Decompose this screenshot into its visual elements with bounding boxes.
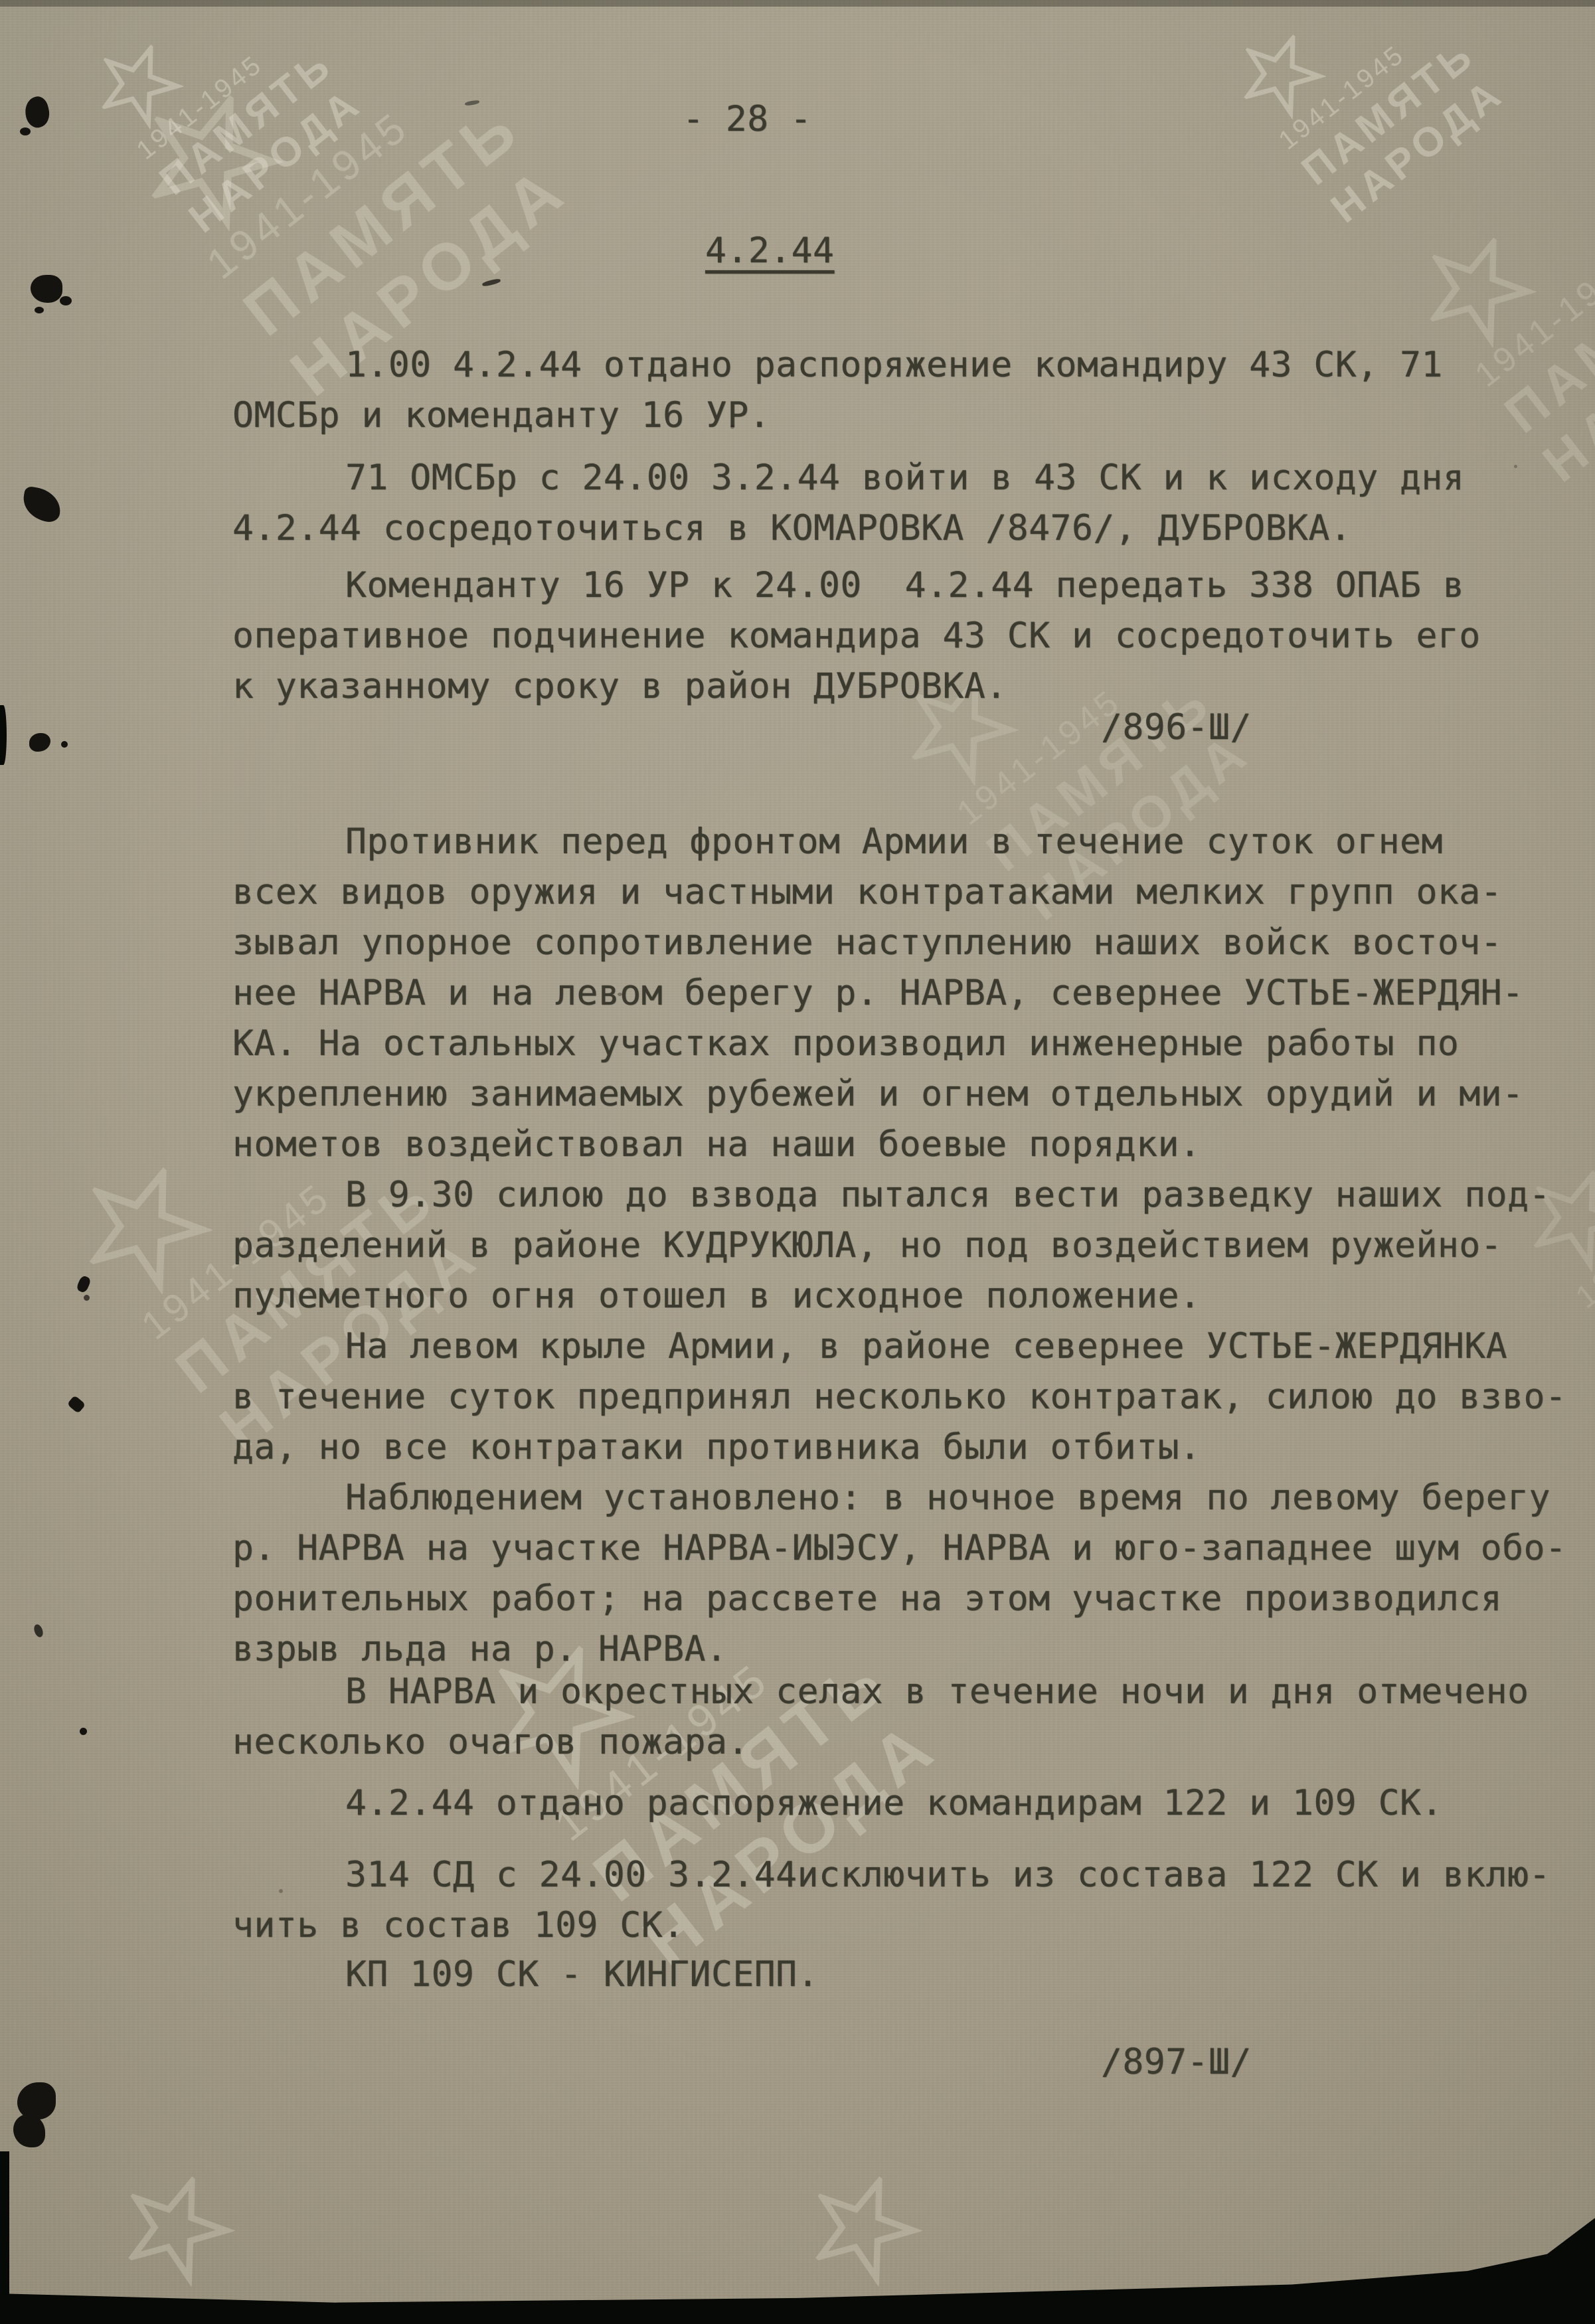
ink-blot — [80, 1728, 87, 1735]
watermark-cluster — [100, 2218, 179, 2297]
watermark-word: ПАМЯТЬ — [1294, 33, 1483, 194]
text-line: Противник перед фронтом Армии в течение … — [232, 817, 1524, 867]
watermark-cluster: 1941-1945 ПАМЯТЬ НАРОДА — [116, 146, 322, 355]
text-line: несколько очагов пожара. — [232, 1717, 1529, 1768]
watermark-years: 1941-1945 — [1468, 244, 1595, 395]
watermark-years: 1941-1945 — [199, 103, 418, 290]
watermark-cluster: 1941-1945 ПАМЯТЬ НАРОДА — [80, 76, 286, 286]
paragraph: Наблюдением установлено: в ночное время … — [232, 1473, 1566, 1675]
hole-punch-mark — [31, 275, 62, 303]
text-line: р. НАРВА на участке НАРВА-ИЫЭСУ, НАРВА и… — [232, 1523, 1566, 1574]
dust-speck — [279, 1889, 283, 1893]
page-number: - 28 - — [683, 94, 811, 145]
paragraph: На левом крыле Армии, в районе севернее … — [232, 1321, 1566, 1473]
text-line: 4.2.44 отдано распоряжение командирам 12… — [232, 1778, 1443, 1829]
paragraph: 1.00 4.2.44 отдано распоряжение командир… — [232, 340, 1443, 441]
text-line: Наблюдением установлено: в ночное время … — [232, 1473, 1566, 1523]
text-line: к указанному сроку в район ДУБРОВКА. — [232, 661, 1481, 712]
text-line: КА. На остальных участках производил инж… — [232, 1019, 1524, 1069]
text-line: да, но все контратаки противника были от… — [232, 1422, 1566, 1473]
text-line: пулеметного огня отошел в исходное полож… — [232, 1271, 1551, 1321]
watermark-years: 1941-1945 — [1274, 39, 1411, 155]
text-line: всех видов оружия и частными контратакам… — [232, 867, 1524, 918]
scanned-document-page: 1941-1945 ПАМЯТЬ НАРОДА 1941-1945 ПАМЯТЬ… — [0, 0, 1595, 2324]
paragraph: КП 109 СК - КИНГИСЕПП. — [232, 1950, 819, 2000]
text-line: укреплению занимаемых рубежей и огнем от… — [232, 1069, 1524, 1120]
paragraph: Коменданту 16 УР к 24.00 4.2.44 передать… — [232, 560, 1481, 712]
text-line: В 9.30 силою до взвода пытался вести раз… — [232, 1170, 1551, 1220]
dust-speck — [1514, 465, 1517, 468]
ink-blot — [84, 1295, 90, 1301]
ink-blot — [61, 741, 68, 748]
text-line: На левом крыле Армии, в районе севернее … — [232, 1321, 1566, 1372]
text-line: ОМСБр и коменданту 16 УР. — [232, 390, 1443, 441]
text-line: ронительных работ; на рассвете на этом у… — [232, 1574, 1566, 1624]
paragraph: 314 СД с 24.00 3.2.44исключить из состав… — [232, 1850, 1551, 1951]
memorial-star-icon — [80, 27, 191, 139]
text-line: 314 СД с 24.00 3.2.44исключить из состав… — [232, 1850, 1551, 1900]
memorial-star-icon — [1401, 215, 1547, 361]
watermark-word: НАРОДА — [1533, 284, 1595, 493]
watermark-cluster — [787, 2218, 867, 2297]
dust-speck — [730, 425, 734, 429]
memorial-star-icon — [787, 2154, 932, 2299]
text-line: оперативное подчинение командира 43 СК и… — [232, 611, 1481, 661]
ink-blot — [60, 296, 72, 305]
memorial-star-icon — [100, 2154, 245, 2299]
text-line: разделений в районе КУДРУКЮЛА, но под во… — [232, 1220, 1551, 1271]
ink-blot — [67, 1395, 86, 1414]
text-line: зывал упорное сопротивление наступлению … — [232, 918, 1524, 968]
watermark-cluster: 1941-1945 ПАМЯТЬ НАРОДА — [56, 1215, 262, 1424]
watermark-word: ПАМЯТЬ — [152, 42, 341, 204]
hole-punch-mark — [17, 2082, 56, 2119]
paragraph: В 9.30 силою до взвода пытался вести раз… — [232, 1170, 1551, 1321]
ink-blot — [29, 733, 50, 752]
text-line: нее НАРВА и на левом берегу р. НАРВА, се… — [232, 968, 1524, 1019]
ink-blot — [76, 1275, 92, 1293]
order-reference: /897-Ш/ — [1101, 2037, 1252, 2088]
watermark-word: НАРОДА — [181, 80, 370, 241]
hole-punch-mark — [20, 485, 63, 523]
scan-background-bottom — [0, 2211, 1595, 2324]
text-line: нометов воздействовал на наши боевые пор… — [232, 1120, 1524, 1170]
paragraph: Противник перед фронтом Армии в течение … — [232, 817, 1524, 1170]
text-line: КП 109 СК - КИНГИСЕПП. — [232, 1950, 819, 2000]
pencil-mark — [482, 278, 501, 288]
watermark-word: ПАМЯТЬ — [1495, 234, 1595, 444]
text-line: 4.2.44 сосредоточиться в КОМАРОВКА /8476… — [232, 503, 1464, 554]
watermark-cluster: 1941-1945 ПАМЯТЬ НАРОДА — [1222, 66, 1428, 276]
text-line: 71 ОМСБр с 24.00 3.2.44 войти в 43 СК и … — [232, 453, 1464, 503]
text-line: 1.00 4.2.44 отдано распоряжение командир… — [232, 340, 1443, 390]
text-line: В НАРВА и окрестных селах в течение ночи… — [232, 1667, 1529, 1717]
pencil-mark — [465, 100, 480, 106]
scan-top-edge-shadow — [0, 0, 1595, 7]
watermark-years: 1941-1945 — [131, 49, 269, 165]
paragraph: 4.2.44 отдано распоряжение командирам 12… — [232, 1778, 1443, 1829]
watermark-word: НАРОДА — [1323, 70, 1512, 231]
paragraph: В НАРВА и окрестных селах в течение ночи… — [232, 1667, 1529, 1768]
watermark-word: ПАМЯТЬ — [232, 92, 535, 350]
dust-speck — [618, 993, 622, 996]
date-heading: 4.2.44 — [705, 226, 834, 276]
watermark-years: 1941-1945 — [1569, 1176, 1595, 1315]
scan-left-edge — [0, 705, 7, 765]
memorial-star-icon — [1222, 17, 1333, 129]
text-line: в течение суток предпринял несколько кон… — [232, 1372, 1566, 1422]
ink-blot — [33, 1623, 44, 1639]
text-line: Коменданту 16 УР к 24.00 4.2.44 передать… — [232, 560, 1481, 611]
ink-blot — [20, 127, 31, 135]
text-line: чить в состав 109 СК. — [232, 1900, 1551, 1951]
ink-blot — [22, 94, 53, 130]
ink-blot — [35, 307, 44, 313]
paragraph: 71 ОМСБр с 24.00 3.2.44 войти в 43 СК и … — [232, 453, 1464, 554]
hole-punch-mark — [13, 2114, 45, 2147]
memorial-star-icon — [116, 68, 295, 247]
order-reference: /896-Ш/ — [1101, 703, 1252, 753]
